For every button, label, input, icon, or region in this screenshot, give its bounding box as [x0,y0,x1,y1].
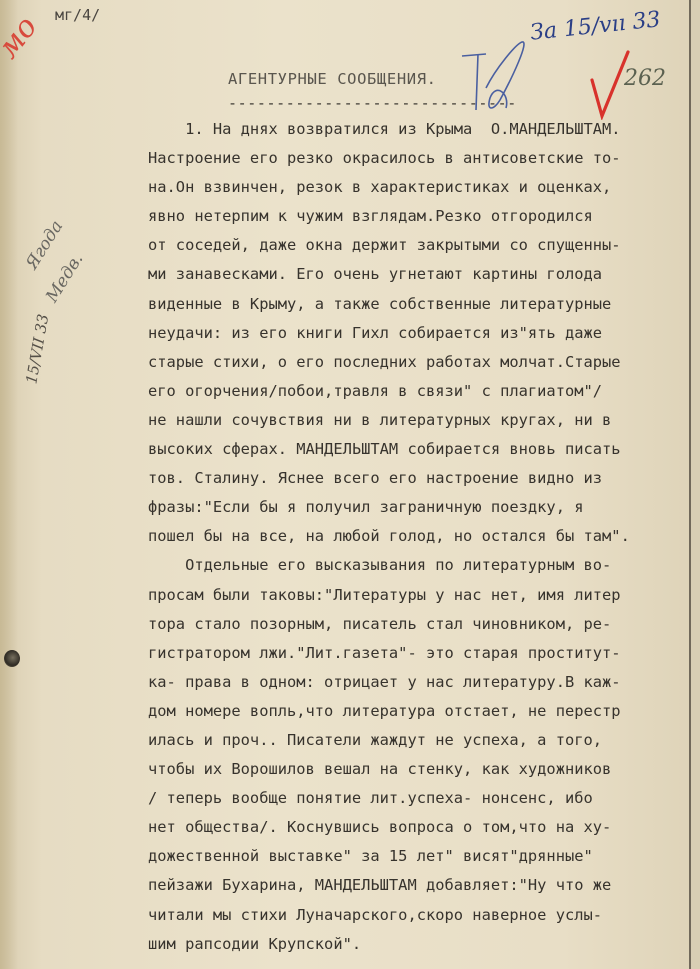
handwritten-date: За 15/vıı 33 [529,7,662,46]
text-line: ка- права в одном: отрицает у нас литера… [148,668,693,697]
text-line: фразы:"Если бы я получил заграничную пое… [148,493,693,522]
sheet-number: 262 [624,66,666,91]
text-line: чтобы их Ворошилов вешал на стенку, как … [148,755,693,784]
text-line: Настроение его резко окрасилось в антисо… [148,144,693,173]
text-line: не нашли сочувствия ни в литературных кр… [148,406,693,435]
text-line: высоких сферах. МАНДЕЛЬШТАМ собирается в… [148,435,693,464]
text-line: неудачи: из его книги Гихл собирается из… [148,319,693,348]
text-line: на.Он взвинчен, резок в характеристиках … [148,173,693,202]
binder-hole [4,650,20,667]
text-line: гистратором лжи."Лит.газета"- это старая… [148,639,693,668]
document-body: 1. На днях возвратился из Крыма О.МАНДЕЛ… [148,115,693,959]
text-line: читали мы стихи Луначарского,скоро навер… [148,901,693,930]
text-line: виденные в Крыму, а также собственные ли… [148,290,693,319]
heading-underline: ------------------------------ [228,94,517,112]
text-line: 1. На днях возвратился из Крыма О.МАНДЕЛ… [148,115,693,144]
page-left-shadow [0,0,18,969]
document-reference: мг/4/ [55,6,100,24]
text-line: от соседей, даже окна держит закрытыми с… [148,231,693,260]
document-heading: АГЕНТУРНЫЕ СООБЩЕНИЯ. [228,70,437,88]
text-line: тора стало позорным, писатель стал чинов… [148,610,693,639]
text-line: его огорчения/побои,травля в связи" с пл… [148,377,693,406]
text-line: Отдельные его высказывания по литературн… [148,551,693,580]
text-line: старые стихи, о его последних работах мо… [148,348,693,377]
text-line: дожественной выставке" за 15 лет" висят"… [148,842,693,871]
text-line: / теперь вообще понятие лит.успеха- нонс… [148,784,693,813]
margin-date: 15/VII 33 [22,313,52,386]
text-line: пейзажи Бухарина, МАНДЕЛЬШТАМ добавляет:… [148,871,693,900]
text-line: пошел бы на все, на любой голод, но оста… [148,522,693,551]
archival-document-page: мо мг/4/ За 15/vıı 33 262 АГЕНТУРНЫЕ СОО… [0,0,700,969]
text-line: тов. Сталину. Яснее всего его настроение… [148,464,693,493]
text-line: нет общества/. Коснувшись вопроса о том,… [148,813,693,842]
text-line: дом номере вопль,что литература отстает,… [148,697,693,726]
text-line: илась и проч.. Писатели жаждут не успеха… [148,726,693,755]
text-line: ми занавесками. Его очень угнетают карти… [148,260,693,289]
margin-note-medv: Медв. [42,250,87,306]
text-line: шим рапсодии Крупской". [148,930,693,959]
text-line: просам были таковы:"Литературы у нас нет… [148,581,693,610]
text-line: явно нетерпим к чужим взглядам.Резко отг… [148,202,693,231]
